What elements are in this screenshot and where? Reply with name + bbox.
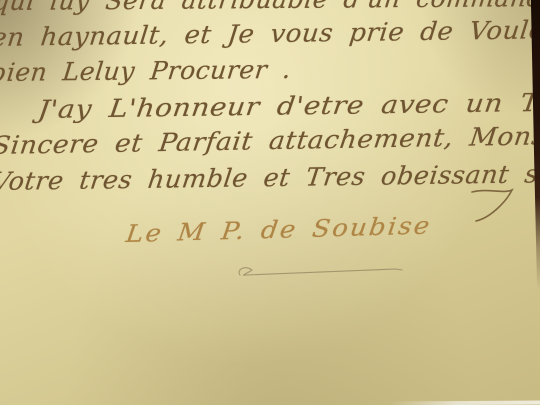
handwriting-line: J'ay L'honneur d'etre avec un Tres — [36, 87, 540, 124]
signature: Le M P. de Soubise — [124, 212, 433, 248]
pen-flourish — [470, 188, 516, 222]
handwriting-line: en haynault, et Je vous prie de Vouloir — [0, 15, 540, 52]
handwriting-line: Sincere et Parfait attachement, Monsieur… — [0, 120, 540, 160]
handwriting-line: Votre tres humble et Tres obeissant serv… — [0, 158, 540, 196]
table-edge-highlight — [390, 400, 540, 405]
letter-photograph: qui luy Sera attribuable d'un commandeme… — [0, 0, 540, 405]
signature-paraph — [236, 263, 404, 281]
handwriting-line: bien Leluy Procurer . — [0, 55, 293, 87]
handwriting-line: qui luy Sera attribuable d'un commandeme… — [0, 0, 540, 16]
